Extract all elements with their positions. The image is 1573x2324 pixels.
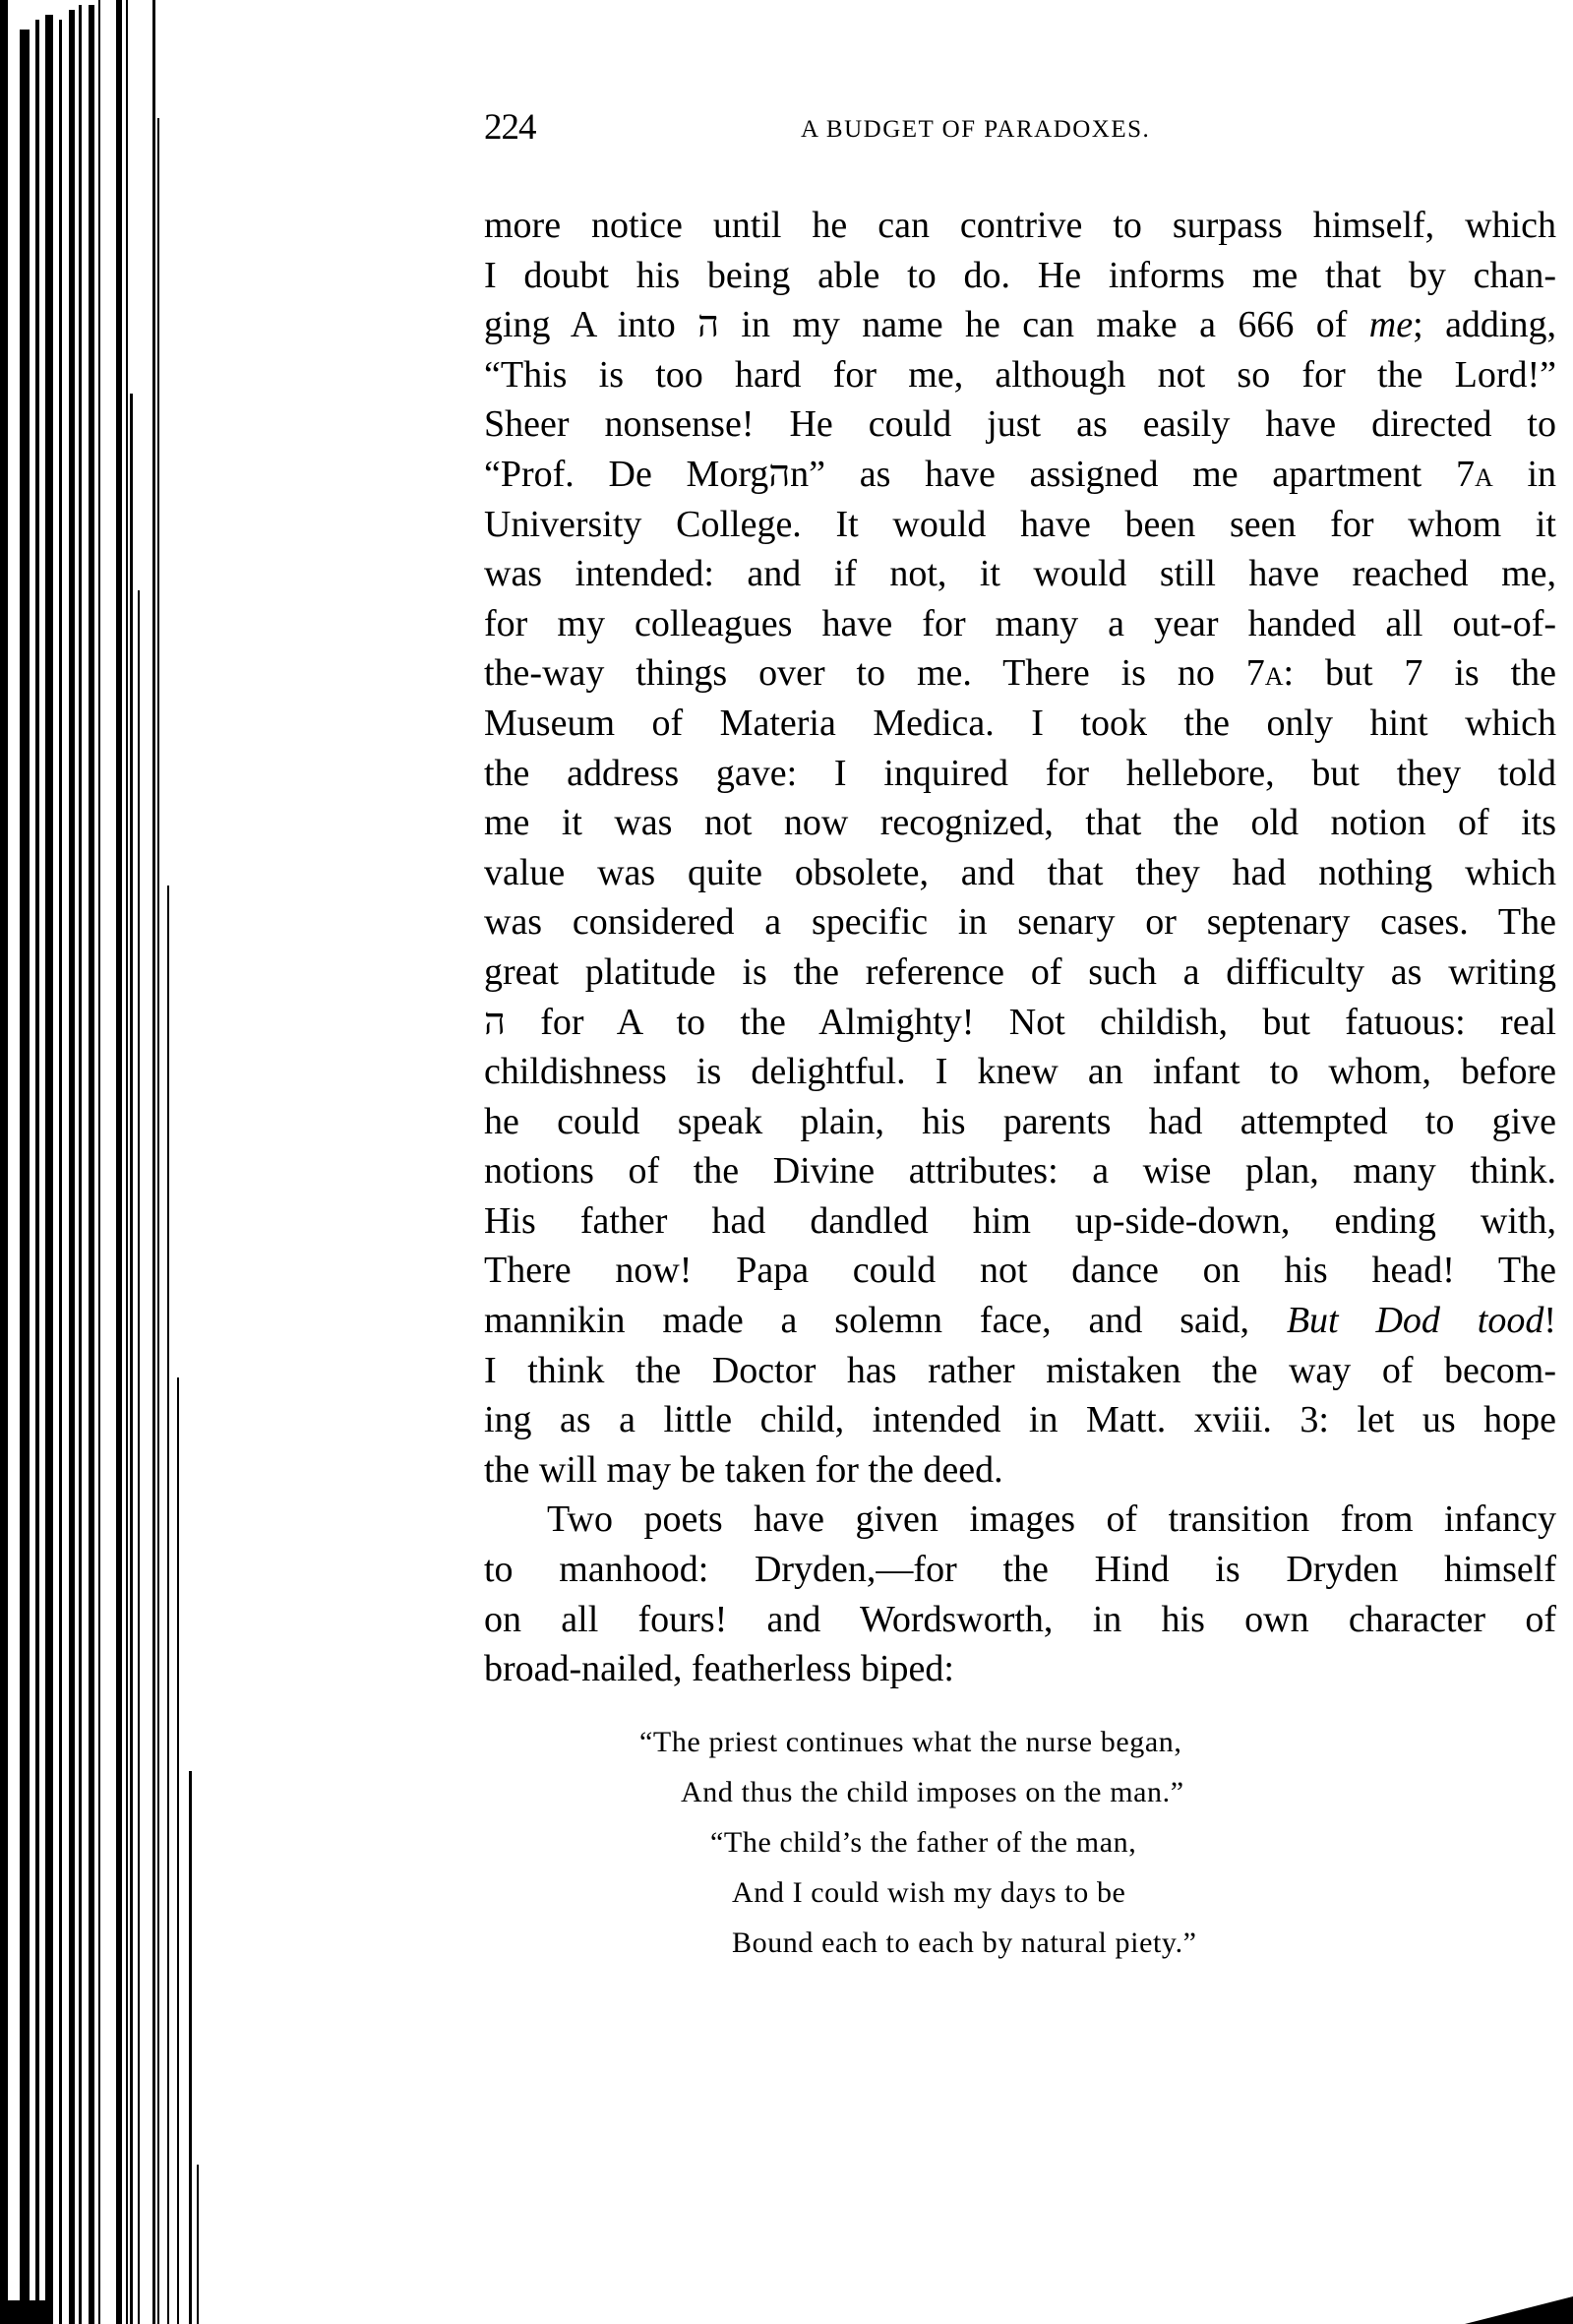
running-head: A BUDGET OF PARADOXES. — [801, 116, 1150, 144]
text-line: value was quite obsolete, and that they … — [484, 848, 1556, 898]
text-line: childishness is delightful. I knew an in… — [484, 1047, 1556, 1097]
verse-line: And I could wish my days to be — [639, 1867, 1426, 1918]
italic-emphasis: me — [1369, 304, 1413, 345]
text-line: ה for A to the Almighty! Not childish, b… — [484, 998, 1556, 1048]
text-line: ing as a little child, intended in Matt.… — [484, 1395, 1556, 1445]
text-line: he could speak plain, his parents had at… — [484, 1097, 1556, 1147]
text-span: in — [1493, 454, 1556, 495]
verse-quotation: “The priest continues what the nurse beg… — [639, 1717, 1426, 1968]
text-line: Sheer nonsense! He could just as easily … — [484, 399, 1556, 450]
text-line: was intended: and if not, it would still… — [484, 549, 1556, 599]
book-spine-edge — [0, 0, 207, 2324]
text-line: to manhood: Dryden,—for the Hind is Dryd… — [484, 1545, 1556, 1595]
page-header: 224 A BUDGET OF PARADOXES. — [484, 106, 1566, 150]
body-text: more notice until he can contrive to sur… — [484, 201, 1556, 1694]
text-line: was considered a specific in senary or s… — [484, 897, 1556, 948]
text-line: Museum of Materia Medica. I took the onl… — [484, 699, 1556, 749]
text-span: : but 7 is the — [1284, 652, 1556, 694]
text-line: me it was not now recognized, that the o… — [484, 798, 1556, 848]
text-span: ! — [1543, 1300, 1556, 1341]
text-span: ging A into ה in my name he can make a 6… — [484, 304, 1369, 345]
text-line: great platitude is the reference of such… — [484, 948, 1556, 998]
text-line: ging A into ה in my name he can make a 6… — [484, 300, 1556, 350]
text-line: Two poets have given images of transitio… — [484, 1495, 1556, 1545]
text-span: “Prof. De Morgהn” as have assigned me ap… — [484, 454, 1475, 495]
text-span: the-way things over to me. There is no 7 — [484, 652, 1265, 694]
text-line: more notice until he can contrive to sur… — [484, 201, 1556, 251]
text-span: ; adding, — [1413, 304, 1556, 345]
text-line: “Prof. De Morgהn” as have assigned me ap… — [484, 450, 1556, 500]
small-caps-letter: A — [1265, 662, 1284, 691]
page-corner-shadow — [1465, 2285, 1573, 2324]
text-line: I think the Doctor has rather mistaken t… — [484, 1346, 1556, 1396]
verse-line: “The child’s the father of the man, — [639, 1817, 1426, 1867]
text-line: notions of the Divine attributes: a wise… — [484, 1146, 1556, 1196]
text-line: the address gave: I inquired for hellebo… — [484, 749, 1556, 799]
text-line: I doubt his being able to do. He informs… — [484, 251, 1556, 301]
text-line: for my colleagues have for many a year h… — [484, 599, 1556, 649]
verse-line: “The priest continues what the nurse beg… — [639, 1717, 1426, 1767]
text-line: There now! Papa could not dance on his h… — [484, 1246, 1556, 1296]
text-line: the will may be taken for the deed. — [484, 1445, 1556, 1496]
text-line: His father had dandled him up-side-down,… — [484, 1196, 1556, 1247]
verse-line: And thus the child imposes on the man.” — [639, 1767, 1426, 1817]
italic-emphasis: But Dod tood — [1287, 1300, 1544, 1341]
small-caps-letter: A — [1475, 463, 1493, 492]
page-edges-graphic — [0, 0, 207, 2324]
verse-line: Bound each to each by natural piety.” — [639, 1918, 1426, 1968]
text-line: University College. It would have been s… — [484, 500, 1556, 550]
text-line: on all fours! and Wordsworth, in his own… — [484, 1595, 1556, 1645]
text-line: mannikin made a solemn face, and said, B… — [484, 1296, 1556, 1346]
text-span: mannikin made a solemn face, and said, — [484, 1300, 1287, 1341]
text-line: “This is too hard for me, although not s… — [484, 350, 1556, 400]
text-line: the-way things over to me. There is no 7… — [484, 648, 1556, 699]
text-line: broad-nailed, featherless biped: — [484, 1644, 1556, 1694]
page-number: 224 — [484, 106, 536, 149]
